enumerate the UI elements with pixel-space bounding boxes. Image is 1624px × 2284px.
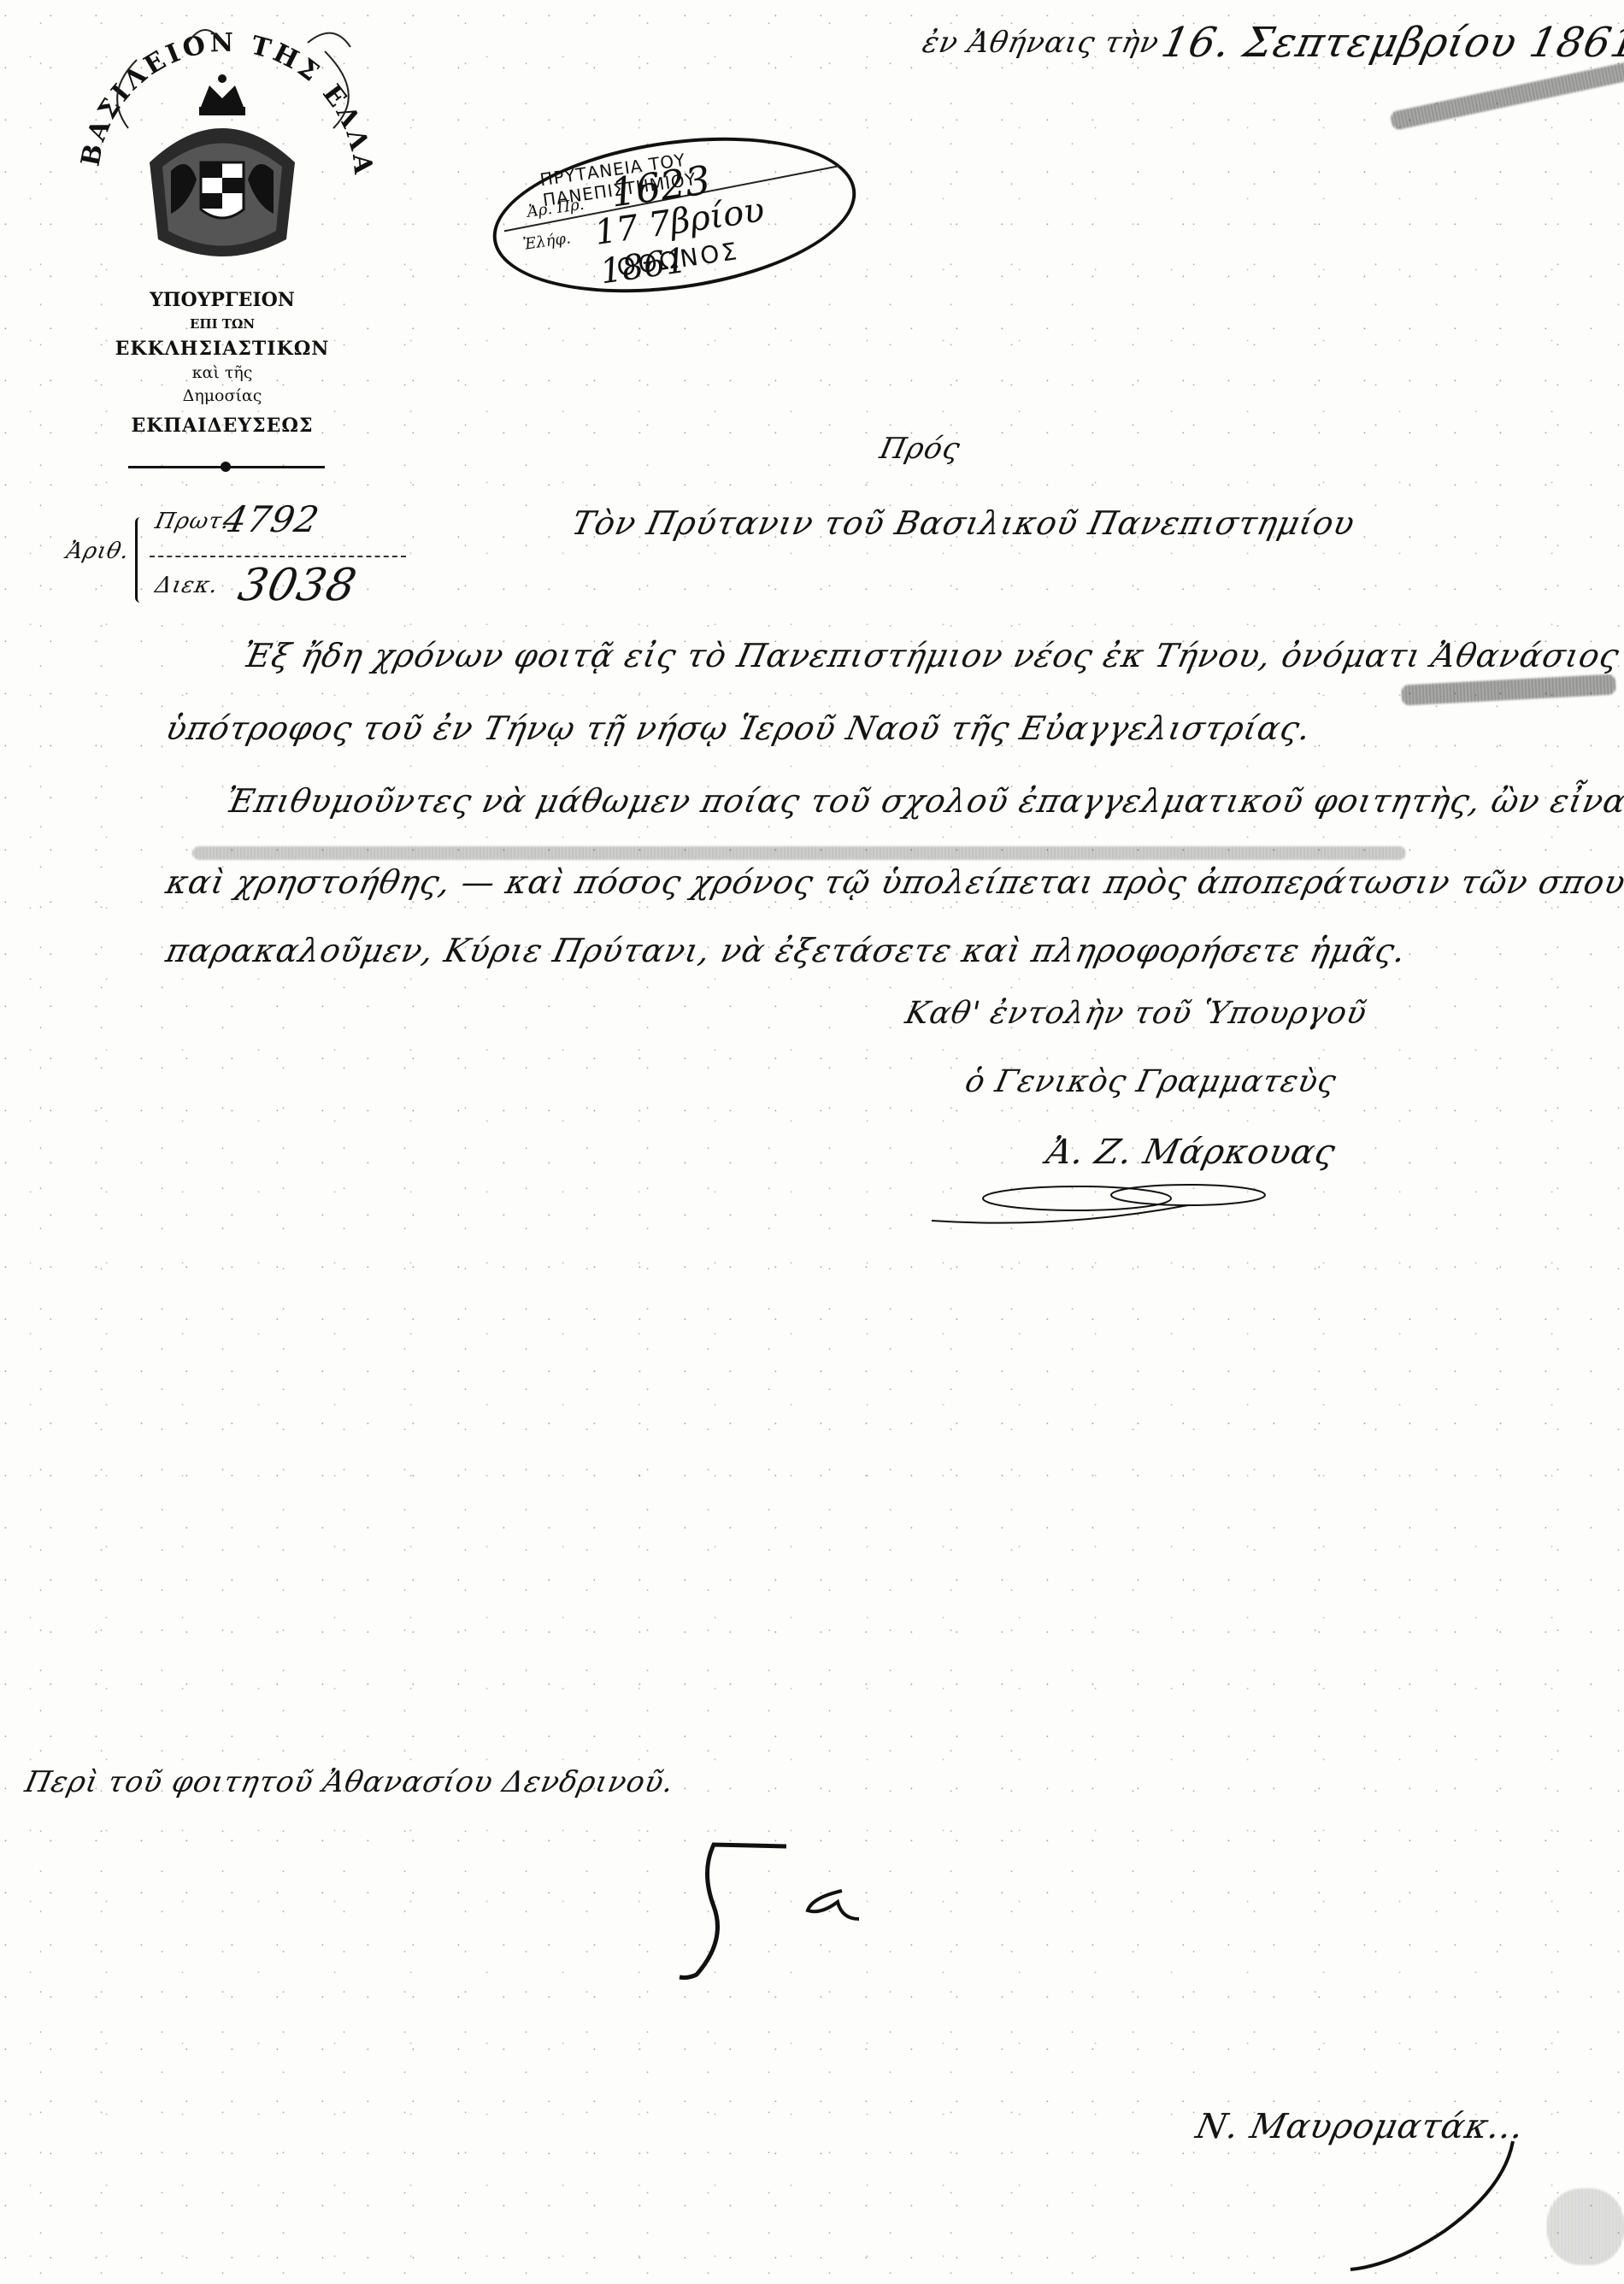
bottom-signature-flourish-icon <box>1299 2137 1573 2274</box>
body-line-2: ὑπότροφος τοῦ ἐν Τήνῳ τῇ νήσῳ Ἱεροῦ Ναοῦ… <box>162 709 1315 747</box>
ink-smudge <box>1390 59 1624 131</box>
letterhead-ecclesiastical: ΕΚΚΛΗΣΙΑΣΤΙΚΩΝ <box>85 338 359 360</box>
protocol-divider <box>150 556 406 557</box>
body-line-4: καὶ χρηστοήθης, — καὶ πόσος χρόνος τῷ ὑπ… <box>162 863 1624 901</box>
closing-line-2: ὁ Γενικὸς Γραμματεὺς <box>962 1064 1340 1099</box>
strikeout-smudge <box>1402 674 1616 705</box>
coat-of-arms-icon <box>132 68 312 265</box>
protocol-number: 4792 <box>220 498 323 540</box>
protocol-label: Ἀριθ. <box>64 539 132 564</box>
strikeout-smudge-long <box>192 846 1406 860</box>
document-page: ΒΑΣΙΛΕΙΟΝ ΤΗΣ ΕΛΛΑΔΟΣ ΥΠΟΥΡΓΕΙΟΝ ΕΠΙ ΤΩΝ… <box>0 0 1624 2284</box>
annotation-5a-icon <box>675 1838 872 1983</box>
letterhead-kai-tis: καὶ τῆς <box>85 363 359 382</box>
letterhead-epi-ton: ΕΠΙ ΤΩΝ <box>85 316 359 332</box>
closing-line-1: Καθ' ἐντολὴν τοῦ Ὑπουργοῦ <box>903 996 1370 1031</box>
scan-edge-noise <box>1547 2188 1624 2265</box>
letterhead-divider-dot <box>221 462 231 472</box>
signature: Ἀ. Ζ. Μάρκουας <box>1043 1133 1339 1172</box>
university-receipt-stamp: ΠΡΥΤΑΝΕΙΑ ΤΟΥ ΠΑΝΕΠΙΣΤΗΜΙΟΥ Ἀρ. Πρ. 1623… <box>483 116 866 314</box>
protocol-entry-label: Πρωτ. <box>153 509 232 534</box>
letterhead-public: Δημοσίας <box>85 386 359 405</box>
signature-flourish-icon <box>932 1180 1291 1231</box>
dispatch-number: 3038 <box>234 560 362 611</box>
letterhead-education: ΕΚΠΑΙΔΕΥΣΕΩΣ <box>85 415 359 437</box>
protocol-brace <box>135 517 146 603</box>
addressee-line: Τὸν Πρύτανιν τοῦ Βασιλικοῦ Πανεπιστημίου <box>568 504 1358 542</box>
body-line-5: παρακαλοῦμεν, Κύριε Πρύτανι, νὰ ἐξετάσετ… <box>162 932 1409 969</box>
dateline-place: ἐν Ἀθήναις τὴν <box>920 26 1162 60</box>
margin-note: Περὶ τοῦ φοιτητοῦ Ἀθανασίου Δενδρινοῦ. <box>22 1765 678 1799</box>
dateline-date: 16. Σεπτεμβρίου 1861 <box>1157 19 1624 67</box>
dispatch-label: Διεκ. <box>153 573 221 598</box>
body-line-3: Ἐπιθυμοῦντες νὰ μάθωμεν ποίας τοῦ σχολοῦ… <box>222 782 1624 820</box>
letterhead-ministry: ΥΠΟΥΡΓΕΙΟΝ <box>85 289 359 311</box>
addressee-prefix: Πρός <box>877 432 964 466</box>
body-line-1: Ἐξ ἤδη χρόνων φοιτᾷ εἰς τὸ Πανεπιστήμιον… <box>239 637 1624 674</box>
stamp-date-label: Ἐλήφ. <box>522 229 572 254</box>
